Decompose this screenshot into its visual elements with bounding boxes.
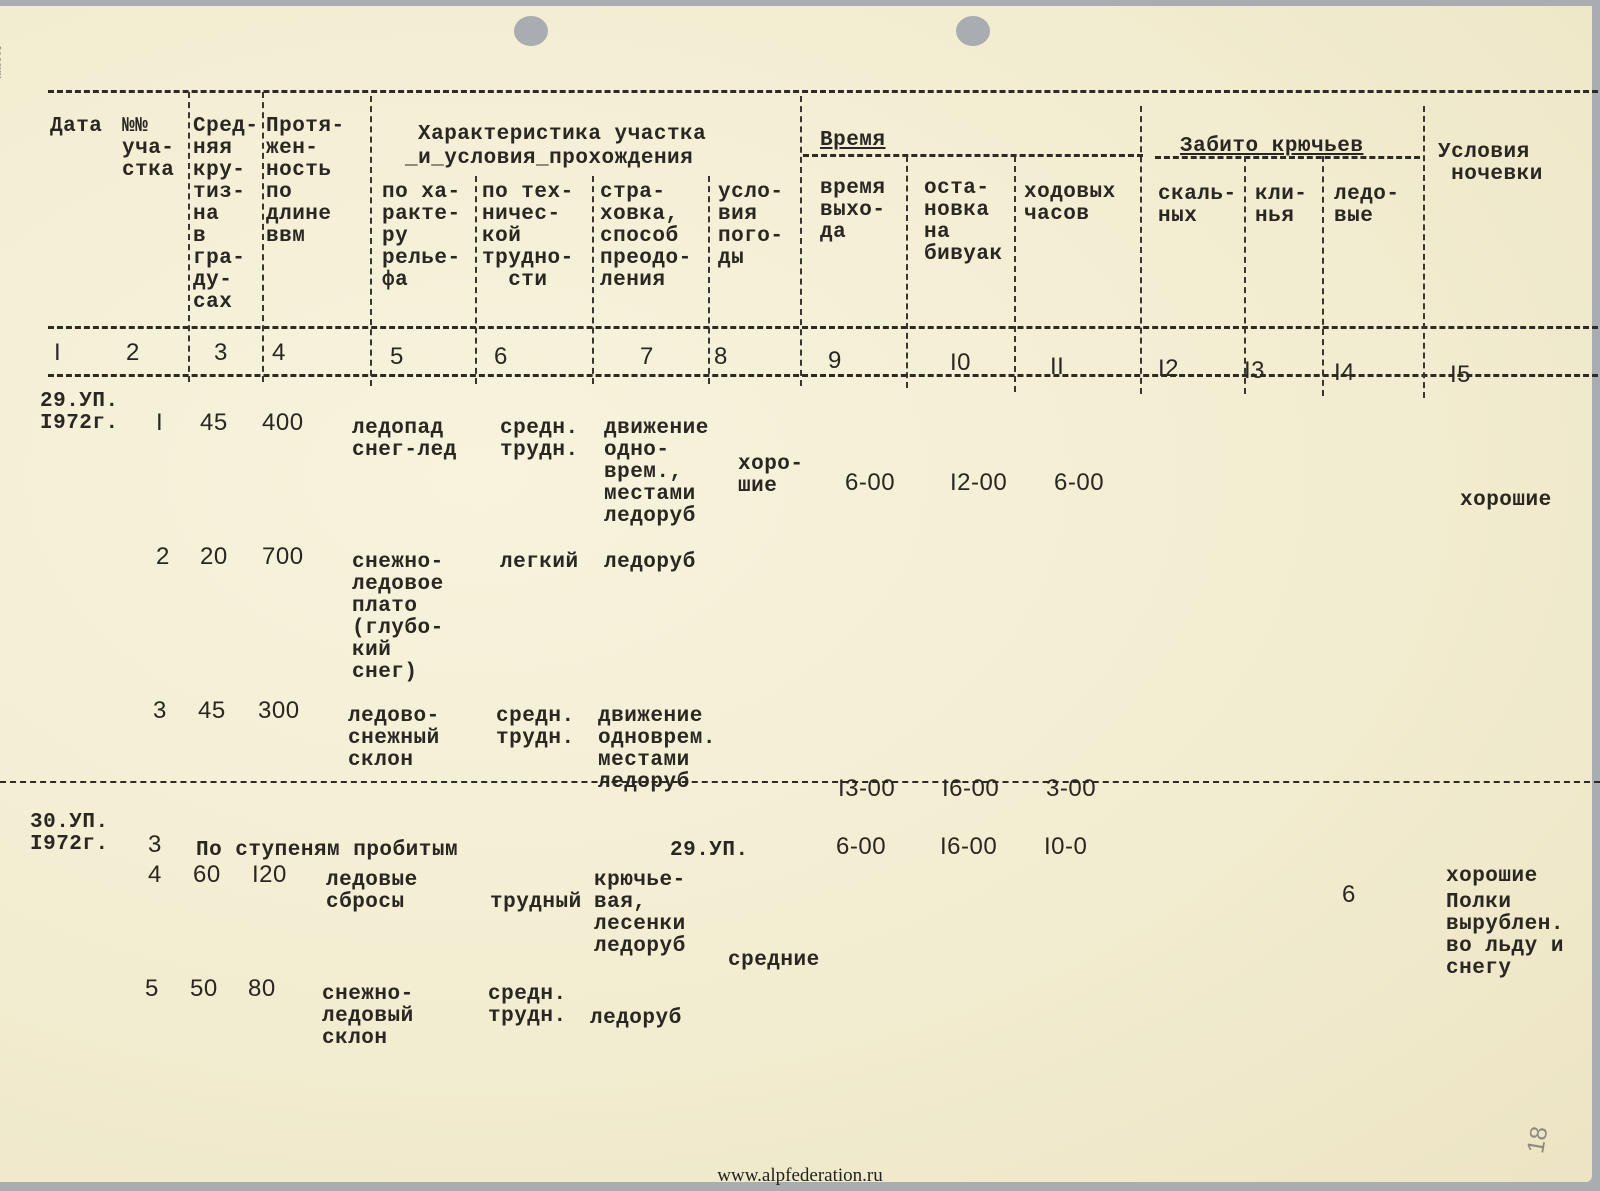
column-divider bbox=[1322, 156, 1324, 396]
segment-no: I bbox=[156, 412, 163, 434]
segment-length: 700 bbox=[262, 546, 304, 568]
watermark-footer: www.alpfederation.ru bbox=[0, 1165, 1600, 1187]
column-number: 3 bbox=[214, 342, 228, 364]
segment-relief: ледовые сбросы bbox=[326, 870, 418, 914]
header-group-time: Время bbox=[820, 130, 886, 152]
segment-steepness: 20 bbox=[200, 546, 228, 568]
segment-steepness: 45 bbox=[200, 412, 228, 434]
column-divider bbox=[906, 156, 908, 388]
segment-relief: ледопад снег-лед bbox=[352, 418, 457, 462]
column-divider bbox=[475, 176, 477, 384]
header-length: Протя- жен- ность по длине ввм bbox=[266, 116, 345, 248]
column-divider bbox=[1423, 106, 1425, 398]
header-overnight: Условия ночевки bbox=[1438, 142, 1543, 186]
table-top-border bbox=[48, 90, 1598, 93]
header-rock-pitons: скаль- ных bbox=[1158, 184, 1237, 228]
column-divider bbox=[708, 176, 710, 384]
day-overnight-detail: Полки вырублен. во льду и снегу bbox=[1446, 892, 1564, 980]
header-ice-pitons: ледо- вые bbox=[1334, 184, 1400, 228]
time-group-divider bbox=[803, 154, 1143, 157]
column-divider bbox=[1140, 106, 1142, 394]
segment-no: 3 bbox=[148, 834, 162, 856]
day-stop-bivouac: I2-00 bbox=[950, 472, 1007, 494]
segment-length: 80 bbox=[248, 978, 276, 1000]
column-number: 5 bbox=[390, 346, 404, 368]
day-separator bbox=[0, 781, 1600, 783]
header-walking-hours: ходовых часов bbox=[1024, 182, 1116, 226]
column-number: 7 bbox=[640, 346, 654, 368]
day-stop-bivouac: I6-00 bbox=[940, 836, 997, 858]
day-date: 29.УП. I972г. bbox=[40, 391, 119, 435]
header-relief: по ха- ракте- ру релье- фа bbox=[382, 182, 461, 292]
day-overnight: хорошие bbox=[1460, 490, 1552, 512]
day-time-out: 6-00 bbox=[845, 472, 895, 494]
segment-difficulty: трудный bbox=[490, 892, 582, 914]
day-overnight: хорошие bbox=[1446, 866, 1538, 888]
day-time-out: 6-00 bbox=[836, 836, 886, 858]
column-number: I bbox=[54, 342, 61, 364]
day-weather: средние bbox=[728, 950, 820, 972]
segment-belay: крючье- вая, лесенки ледоруб bbox=[594, 870, 686, 958]
segment-relief: снежно- ледовое плато (глубо- кий снег) bbox=[352, 552, 444, 684]
punch-hole bbox=[956, 16, 990, 46]
segment-no: 4 bbox=[148, 864, 162, 886]
column-number: 2 bbox=[126, 342, 140, 364]
segment-steepness: 50 bbox=[190, 978, 218, 1000]
column-divider bbox=[262, 92, 264, 382]
header-time-out: время выхо- да bbox=[820, 178, 886, 244]
column-number: 9 bbox=[828, 350, 842, 372]
header-steepness: Сред- няя кру- тиз- на в гра- ду- сах bbox=[193, 116, 259, 314]
header-technical-difficulty: по тех- ничес- кой трудно- сти bbox=[482, 182, 574, 292]
segment-difficulty: средн. трудн. bbox=[500, 418, 579, 462]
segment-belay: ледоруб bbox=[604, 552, 696, 574]
segment-difficulty: средн. трудн. bbox=[488, 984, 567, 1028]
segment-note: По ступеням пробитым bbox=[196, 840, 458, 862]
column-number: I0 bbox=[950, 352, 971, 374]
segment-length: 400 bbox=[262, 412, 304, 434]
day-end-time-out: I3-00 bbox=[838, 778, 895, 800]
segment-ice-pitons: 6 bbox=[1342, 884, 1356, 906]
header-belay: стра- ховка, способ преодо- ления bbox=[600, 182, 692, 292]
segment-note-date: 29.УП. bbox=[670, 840, 749, 862]
column-divider bbox=[800, 96, 802, 386]
punch-hole bbox=[514, 16, 548, 46]
segment-no: 3 bbox=[153, 700, 167, 722]
column-number: II bbox=[1050, 356, 1064, 378]
header-group-characteristics: Характеристика участка bbox=[418, 124, 706, 146]
column-number: 8 bbox=[714, 346, 728, 368]
header-stop-bivouac: оста- новка на бивуак bbox=[924, 178, 1003, 266]
day-walking-hours: I0-0 bbox=[1044, 836, 1087, 858]
header-wedges: кли- нья bbox=[1255, 184, 1307, 228]
column-number: 4 bbox=[272, 342, 286, 364]
day-date: 30.УП. I972г. bbox=[30, 812, 109, 856]
day-walking-hours: 6-00 bbox=[1054, 472, 1104, 494]
segment-belay: движение одноврем. местами ледоруб bbox=[598, 706, 716, 794]
segment-no: 2 bbox=[156, 546, 170, 568]
day-end-stop-bivouac: I6-00 bbox=[942, 778, 999, 800]
segment-no: 5 bbox=[145, 978, 159, 1000]
column-number: I5 bbox=[1450, 364, 1471, 386]
segment-steepness: 45 bbox=[198, 700, 226, 722]
day-weather: хоро- шие bbox=[738, 454, 804, 498]
column-numbers-border bbox=[48, 374, 1598, 377]
column-number: I3 bbox=[1244, 360, 1265, 382]
pencil-page-number: 18 bbox=[1522, 1124, 1554, 1155]
header-date: Дата bbox=[50, 116, 102, 138]
segment-length: 300 bbox=[258, 700, 300, 722]
archive-stamp: РОССИИ bbox=[0, 46, 2, 79]
column-number: 6 bbox=[494, 346, 508, 368]
header-group-characteristics-2: _и_условия_прохождения bbox=[405, 148, 693, 170]
header-group-pitons: Забито крючьев bbox=[1180, 136, 1363, 158]
column-divider bbox=[370, 96, 372, 386]
segment-belay: ледоруб bbox=[590, 1008, 682, 1030]
document-sheet: РОССИИ Дата №№ уча- стка Сред- няя кру- … bbox=[0, 6, 1592, 1182]
segment-difficulty: средн. трудн. bbox=[496, 706, 575, 750]
column-divider bbox=[188, 92, 190, 382]
day-end-walking-hours: 3-00 bbox=[1046, 778, 1096, 800]
segment-belay: движение одно- врем., местами ледоруб bbox=[604, 418, 709, 528]
header-weather: усло- вия пого- ды bbox=[718, 182, 784, 270]
column-divider bbox=[592, 176, 594, 384]
column-number: I2 bbox=[1158, 358, 1179, 380]
segment-difficulty: легкий bbox=[500, 552, 579, 574]
column-number: I4 bbox=[1334, 362, 1355, 384]
segment-relief: ледово- снежный склон bbox=[348, 706, 440, 772]
header-bottom-border bbox=[48, 326, 1598, 329]
column-divider bbox=[1014, 156, 1016, 392]
segment-relief: снежно- ледовый склон bbox=[322, 984, 414, 1050]
segment-length: I20 bbox=[252, 864, 287, 886]
header-segment-no: №№ уча- стка bbox=[122, 116, 174, 182]
segment-steepness: 60 bbox=[193, 864, 221, 886]
